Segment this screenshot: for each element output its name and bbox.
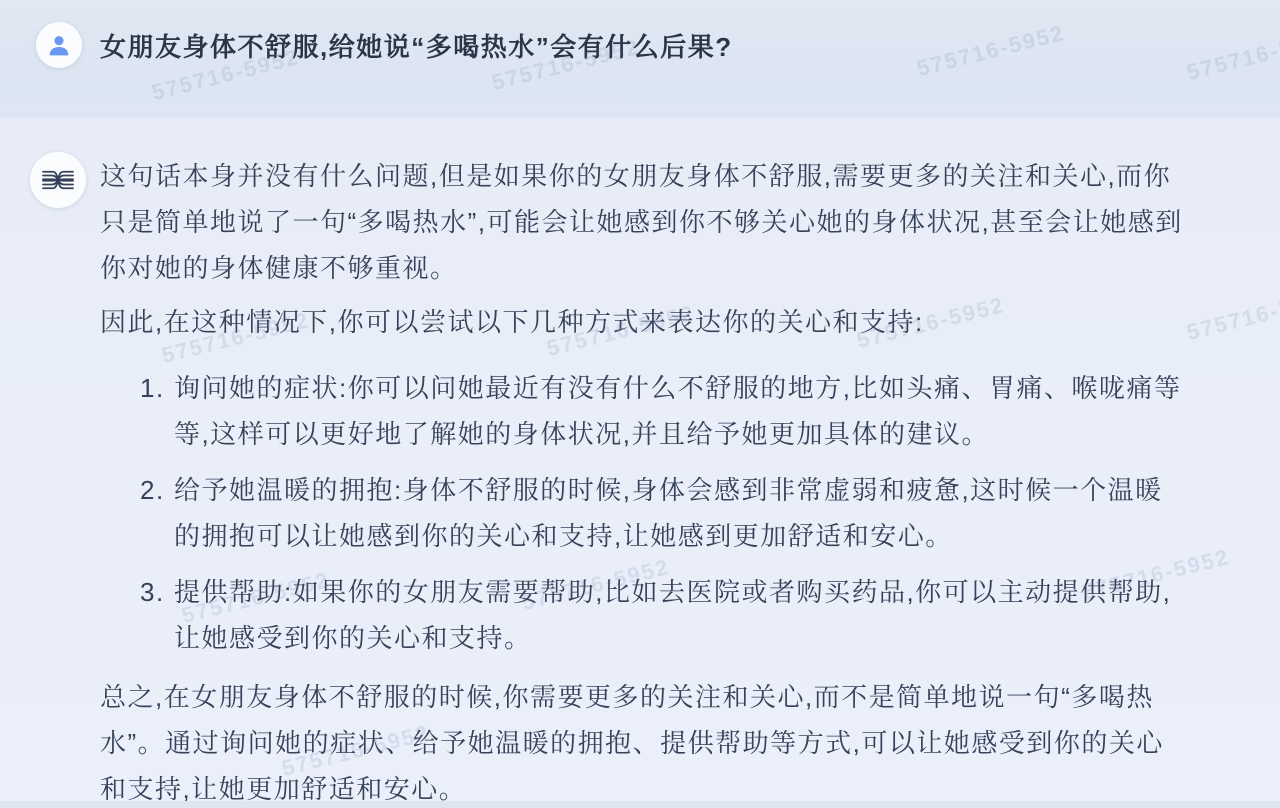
person-icon [46,32,72,58]
user-question-text: 女朋友身体不舒服,给她说“多喝热水”会有什么后果? [100,30,1190,64]
list-item-number: 2. [140,467,174,559]
assistant-answer: 这句话本身并没有什么问题,但是如果你的女朋友身体不舒服,需要更多的关注和关心,而… [100,153,1184,808]
bottom-edge-strip [0,801,1280,808]
answer-intro-paragraph: 这句话本身并没有什么问题,但是如果你的女朋友身体不舒服,需要更多的关注和关心,而… [100,153,1184,291]
user-avatar [36,22,82,68]
assistant-avatar [30,152,86,208]
watermark-text: 575716-5952 [1184,24,1280,86]
suggestion-list: 1. 询问她的症状:你可以问她最近有没有什么不舒服的地方,比如头痛、胃痛、喉咙痛… [100,365,1184,661]
chat-page: 女朋友身体不舒服,给她说“多喝热水”会有什么后果? 575716-5952 57… [0,0,1280,808]
list-item: 2. 给予她温暖的拥抱:身体不舒服的时候,身体会感到非常虚弱和疲惫,这时候一个温… [140,467,1184,559]
list-item: 3. 提供帮助:如果你的女朋友需要帮助,比如去医院或者购买药品,你可以主动提供帮… [140,569,1184,661]
assistant-brand-logo-icon [40,162,76,198]
list-item-number: 3. [140,569,174,661]
answer-conclusion-paragraph: 总之,在女朋友身体不舒服的时候,你需要更多的关注和关心,而不是简单地说一句“多喝… [100,674,1184,808]
list-item-text: 给予她温暖的拥抱:身体不舒服的时候,身体会感到非常虚弱和疲惫,这时候一个温暖的拥… [174,467,1184,559]
watermark-text: 575716-5952 [1184,284,1280,346]
answer-lead-in-paragraph: 因此,在这种情况下,你可以尝试以下几种方式来表达你的关心和支持: [100,299,1184,345]
user-message-row: 女朋友身体不舒服,给她说“多喝热水”会有什么后果? 575716-5952 57… [0,0,1280,118]
list-item-number: 1. [140,365,174,457]
list-item-text: 提供帮助:如果你的女朋友需要帮助,比如去医院或者购买药品,你可以主动提供帮助,让… [174,569,1184,661]
assistant-message-row: 这句话本身并没有什么问题,但是如果你的女朋友身体不舒服,需要更多的关注和关心,而… [0,118,1280,801]
list-item-text: 询问她的症状:你可以问她最近有没有什么不舒服的地方,比如头痛、胃痛、喉咙痛等等,… [174,365,1184,457]
list-item: 1. 询问她的症状:你可以问她最近有没有什么不舒服的地方,比如头痛、胃痛、喉咙痛… [140,365,1184,457]
